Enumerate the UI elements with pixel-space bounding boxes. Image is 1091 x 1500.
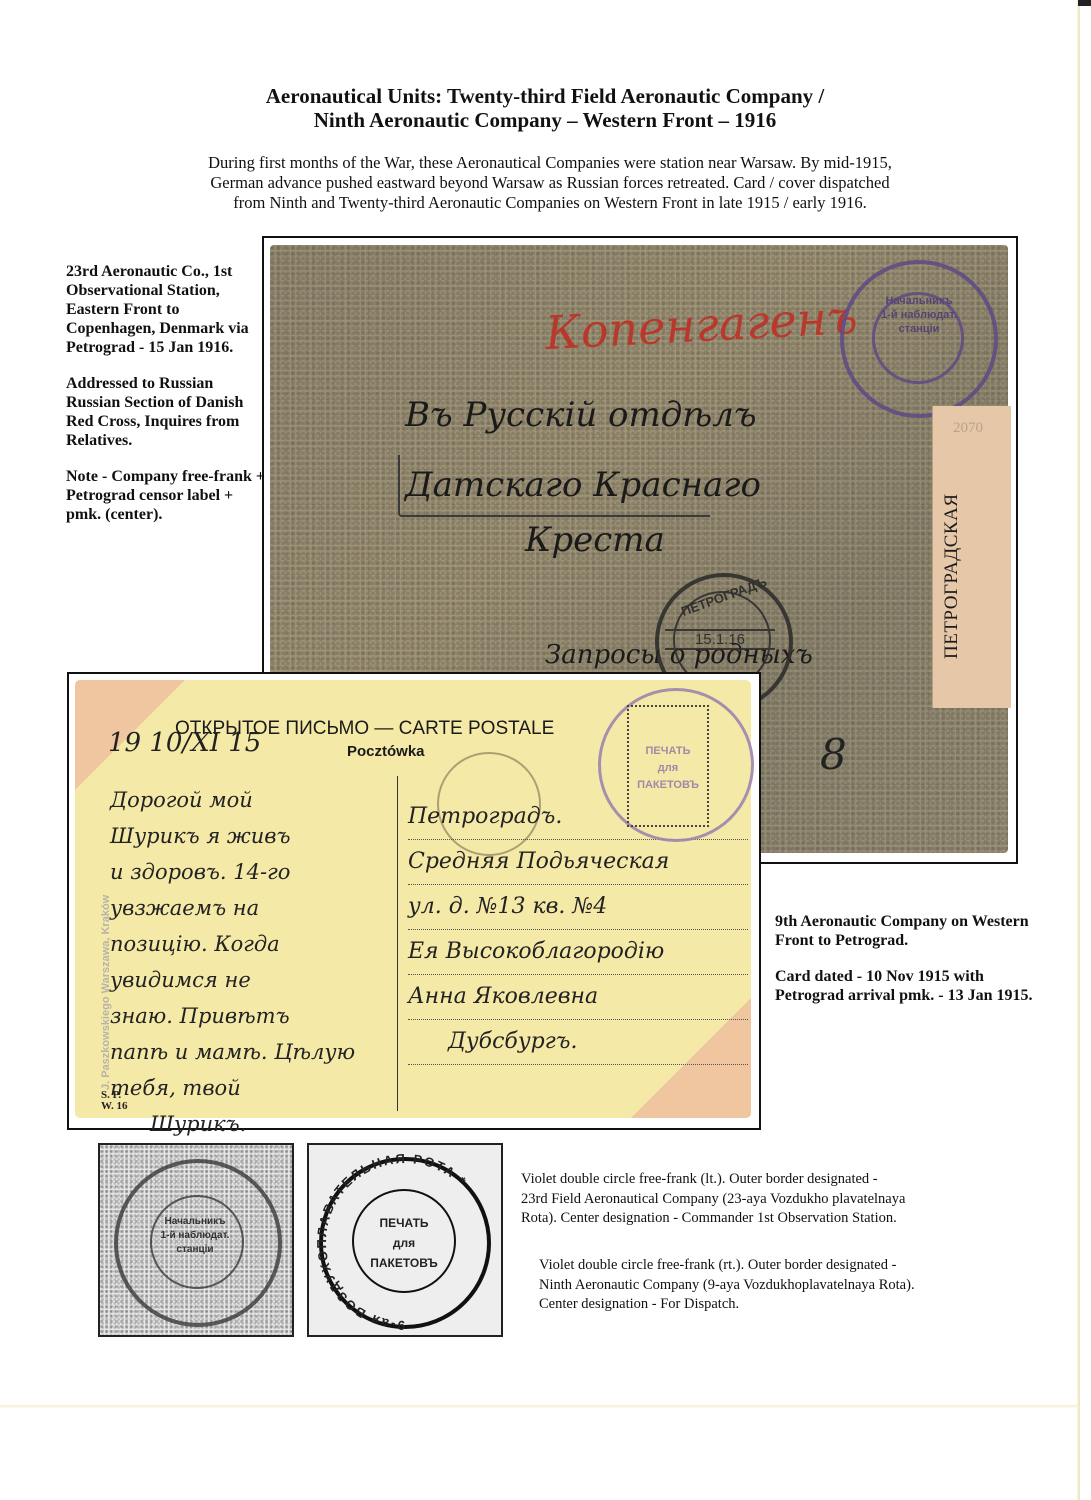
postcard-free-frank: ПЕЧАТЬ для ПАКЕТОВЪ <box>598 688 754 842</box>
caption-line: Center designation - For Dispatch. <box>539 1295 915 1315</box>
stamp-text-line: для <box>352 1233 456 1253</box>
card-route-note: 9th Aeronautic Company on Western Front … <box>775 912 1045 950</box>
intro-line: from Ninth and Twenty-third Aeronautic C… <box>100 193 1000 213</box>
censor-number: 2070 <box>953 420 983 437</box>
message-line: Дорогой мой <box>110 782 390 818</box>
address-line: Датскаго Краснаго <box>405 465 761 505</box>
page-corner <box>1078 0 1091 6</box>
message-line: папѣ и мамѣ. Цѣлую <box>110 1034 390 1070</box>
address-line: ул. д. №13 кв. №4 <box>408 885 748 930</box>
left-stamp-caption: Violet double circle free-frank (lt.). O… <box>521 1170 905 1229</box>
imprint-line: W. 16 <box>101 1101 128 1112</box>
caption-line: Ninth Aeronautic Company (9-aya Vozdukho… <box>539 1276 915 1296</box>
card-date-note: Card dated - 10 Nov 1915 with Petrograd … <box>775 967 1045 1005</box>
address-line: Въ Русскiй отдѣлъ <box>405 395 757 435</box>
caption-line: Rota). Center designation - Commander 1s… <box>521 1209 905 1229</box>
postcard-divider <box>397 776 398 1111</box>
stamp-text-line: ПЕЧАТЬ <box>623 743 713 760</box>
title-line-1: Aeronautical Units: Twenty-third Field A… <box>150 84 940 108</box>
page-edge <box>1077 0 1080 1500</box>
caption-line: Violet double circle free-frank (rt.). O… <box>539 1256 915 1276</box>
cover-markings-note: Note - Company free-frank + Petrograd ce… <box>66 467 266 524</box>
card-description: 9th Aeronautic Company on Western Front … <box>775 912 1045 1022</box>
censor-label-text: ПЕТРОГРАДСКАЯ <box>941 456 1003 696</box>
stamp-center-text: Начальникъ 1-й наблюдат. станцiи <box>150 1215 240 1257</box>
right-stamp-caption: Violet double circle free-frank (rt.). O… <box>539 1256 915 1315</box>
cover-address-note: Addressed to Russian Russian Section of … <box>66 374 266 450</box>
postcard-date: 19 10/XI 15 <box>108 728 261 758</box>
message-line: знаю. Привѣтъ <box>110 998 390 1034</box>
message-line: Шурикъ я живъ <box>110 818 390 854</box>
stamp-text-line: ПАКЕТОВЪ <box>352 1253 456 1273</box>
stamp-text-line: для <box>623 760 713 777</box>
address-line: Ея Высокоблагородiю <box>408 930 748 975</box>
message-line: тебя, твой <box>110 1070 390 1106</box>
free-frank-stamp: Начальникъ 1-й наблюдат. станцiи <box>840 260 998 418</box>
address-line: Дубсбургъ. <box>408 1020 748 1065</box>
stamp-text-line: Начальникъ <box>150 1215 240 1229</box>
left-stamp-enlargement: Начальникъ 1-й наблюдат. станцiи <box>98 1143 294 1337</box>
intro-paragraph: During first months of the War, these Ae… <box>100 153 1000 213</box>
stamp-text-line: станцiи <box>150 1243 240 1257</box>
right-stamp-enlargement: 9-ая ВОЗДУХОПЛАВАТЕЛЬНАЯ РОТА * ПЕЧАТЬ д… <box>307 1143 503 1337</box>
stamp-text-line: станцiи <box>864 322 974 336</box>
postcard-message: Дорогой мой Шурикъ я живъ и здоровъ. 14-… <box>110 782 390 1142</box>
message-line: увзжаемъ на <box>110 890 390 926</box>
address-line: Креста <box>525 520 665 560</box>
censor-label: 2070 ПЕТРОГРАДСКАЯ <box>932 406 1011 708</box>
intro-line: German advance pushed eastward beyond Wa… <box>100 173 1000 193</box>
message-line: позицiю. Когда <box>110 926 390 962</box>
caption-line: Violet double circle free-frank (lt.). O… <box>521 1170 905 1190</box>
stamp-center-text: Начальникъ 1-й наблюдат. станцiи <box>864 294 974 336</box>
message-line: увидимся не <box>110 962 390 998</box>
stamp-text-line: 1-й наблюдат. <box>150 1229 240 1243</box>
postcard-imprint: S. P. W. 16 <box>101 1090 128 1112</box>
title-line-2: Ninth Aeronautic Company – Western Front… <box>150 108 940 132</box>
postmark-date: 15.1.16 <box>665 629 775 650</box>
stamp-text-line: 1-й наблюдат. <box>864 308 974 322</box>
page-fold-line <box>0 1405 1078 1408</box>
stamp-text-line: Начальникъ <box>864 294 974 308</box>
page-title: Aeronautical Units: Twenty-third Field A… <box>150 84 940 132</box>
pencil-mark: 8 <box>820 730 847 779</box>
cover-description: 23rd Aeronautic Co., 1st Observational S… <box>66 262 266 541</box>
message-line: и здоровъ. 14-го <box>110 854 390 890</box>
message-line: Шурикъ. <box>110 1106 390 1142</box>
address-line: Анна Яковлевна <box>408 975 748 1020</box>
cover-route-note: 23rd Aeronautic Co., 1st Observational S… <box>66 262 266 357</box>
stamp-center-text: ПЕЧАТЬ для ПАКЕТОВЪ <box>623 743 713 794</box>
address-line: Средняя Подьяческая <box>408 840 748 885</box>
stamp-center-text: ПЕЧАТЬ для ПАКЕТОВЪ <box>352 1213 456 1273</box>
stamp-text-line: ПЕЧАТЬ <box>352 1213 456 1233</box>
caption-line: 23rd Field Aeronautical Company (23-aya … <box>521 1190 905 1210</box>
postcard-subheader: Pocztówka <box>347 743 425 760</box>
stamp-text-line: ПАКЕТОВЪ <box>623 777 713 794</box>
intro-line: During first months of the War, these Ae… <box>100 153 1000 173</box>
